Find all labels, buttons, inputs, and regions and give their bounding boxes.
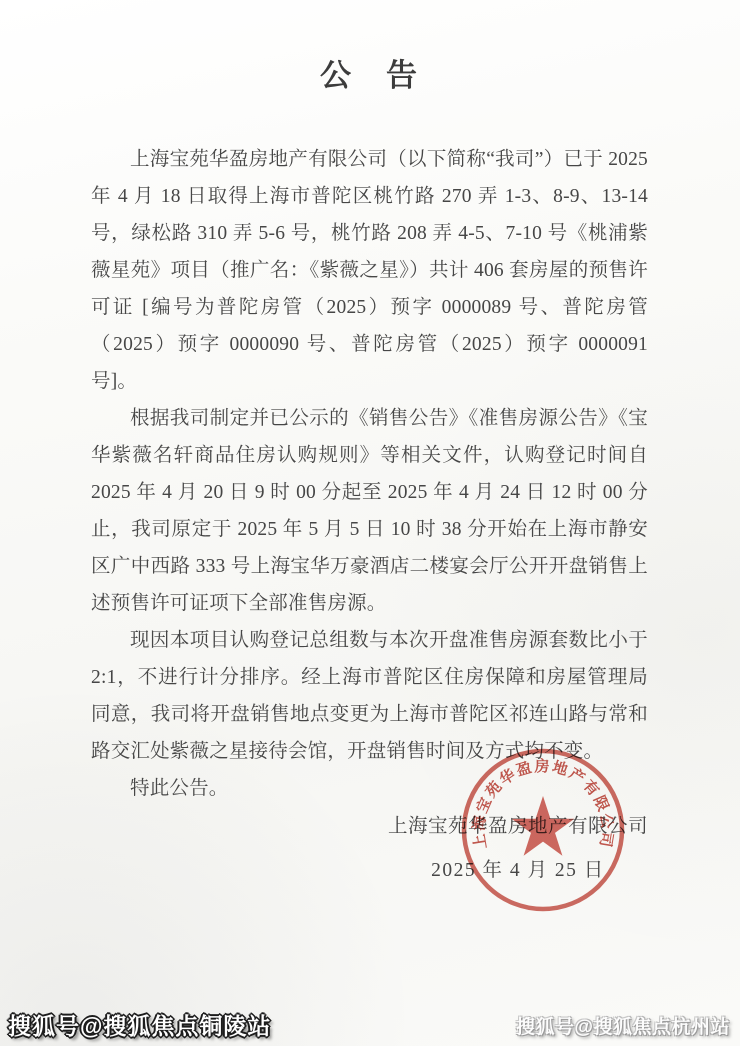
- paragraph-venue-change: 现因本项目认购登记总组数与本次开盘准售房源套数比小于 2:1，不进行计分排序。经…: [91, 622, 648, 770]
- paragraph-closing: 特此公告。: [91, 770, 648, 807]
- signature-block: 上海宝苑华盈房地产有限公司 2025 年 4 月 25 日: [388, 810, 648, 882]
- page-title: 公 告: [91, 50, 648, 95]
- watermark-sohu-hangzhou: 搜狐号@搜狐焦点杭州站: [516, 1012, 730, 1039]
- paragraph-registration-time: 根据我司制定并已公示的《销售公告》《准售房源公告》《宝华紫薇名轩商品住房认购规则…: [91, 400, 648, 622]
- announcement-page: 公 告 上海宝苑华盈房地产有限公司（以下简称“我司”）已于 2025 年 4 月…: [0, 0, 740, 1046]
- announcement-document: 公 告 上海宝苑华盈房地产有限公司（以下简称“我司”）已于 2025 年 4 月…: [91, 50, 648, 807]
- watermark-sohu-tongling: 搜狐号@搜狐焦点铜陵站: [8, 1008, 271, 1041]
- signature-date: 2025 年 4 月 25 日: [388, 854, 648, 882]
- paragraph-presale-permit: 上海宝苑华盈房地产有限公司（以下简称“我司”）已于 2025 年 4 月 18 …: [91, 141, 648, 400]
- signature-company: 上海宝苑华盈房地产有限公司: [388, 810, 648, 838]
